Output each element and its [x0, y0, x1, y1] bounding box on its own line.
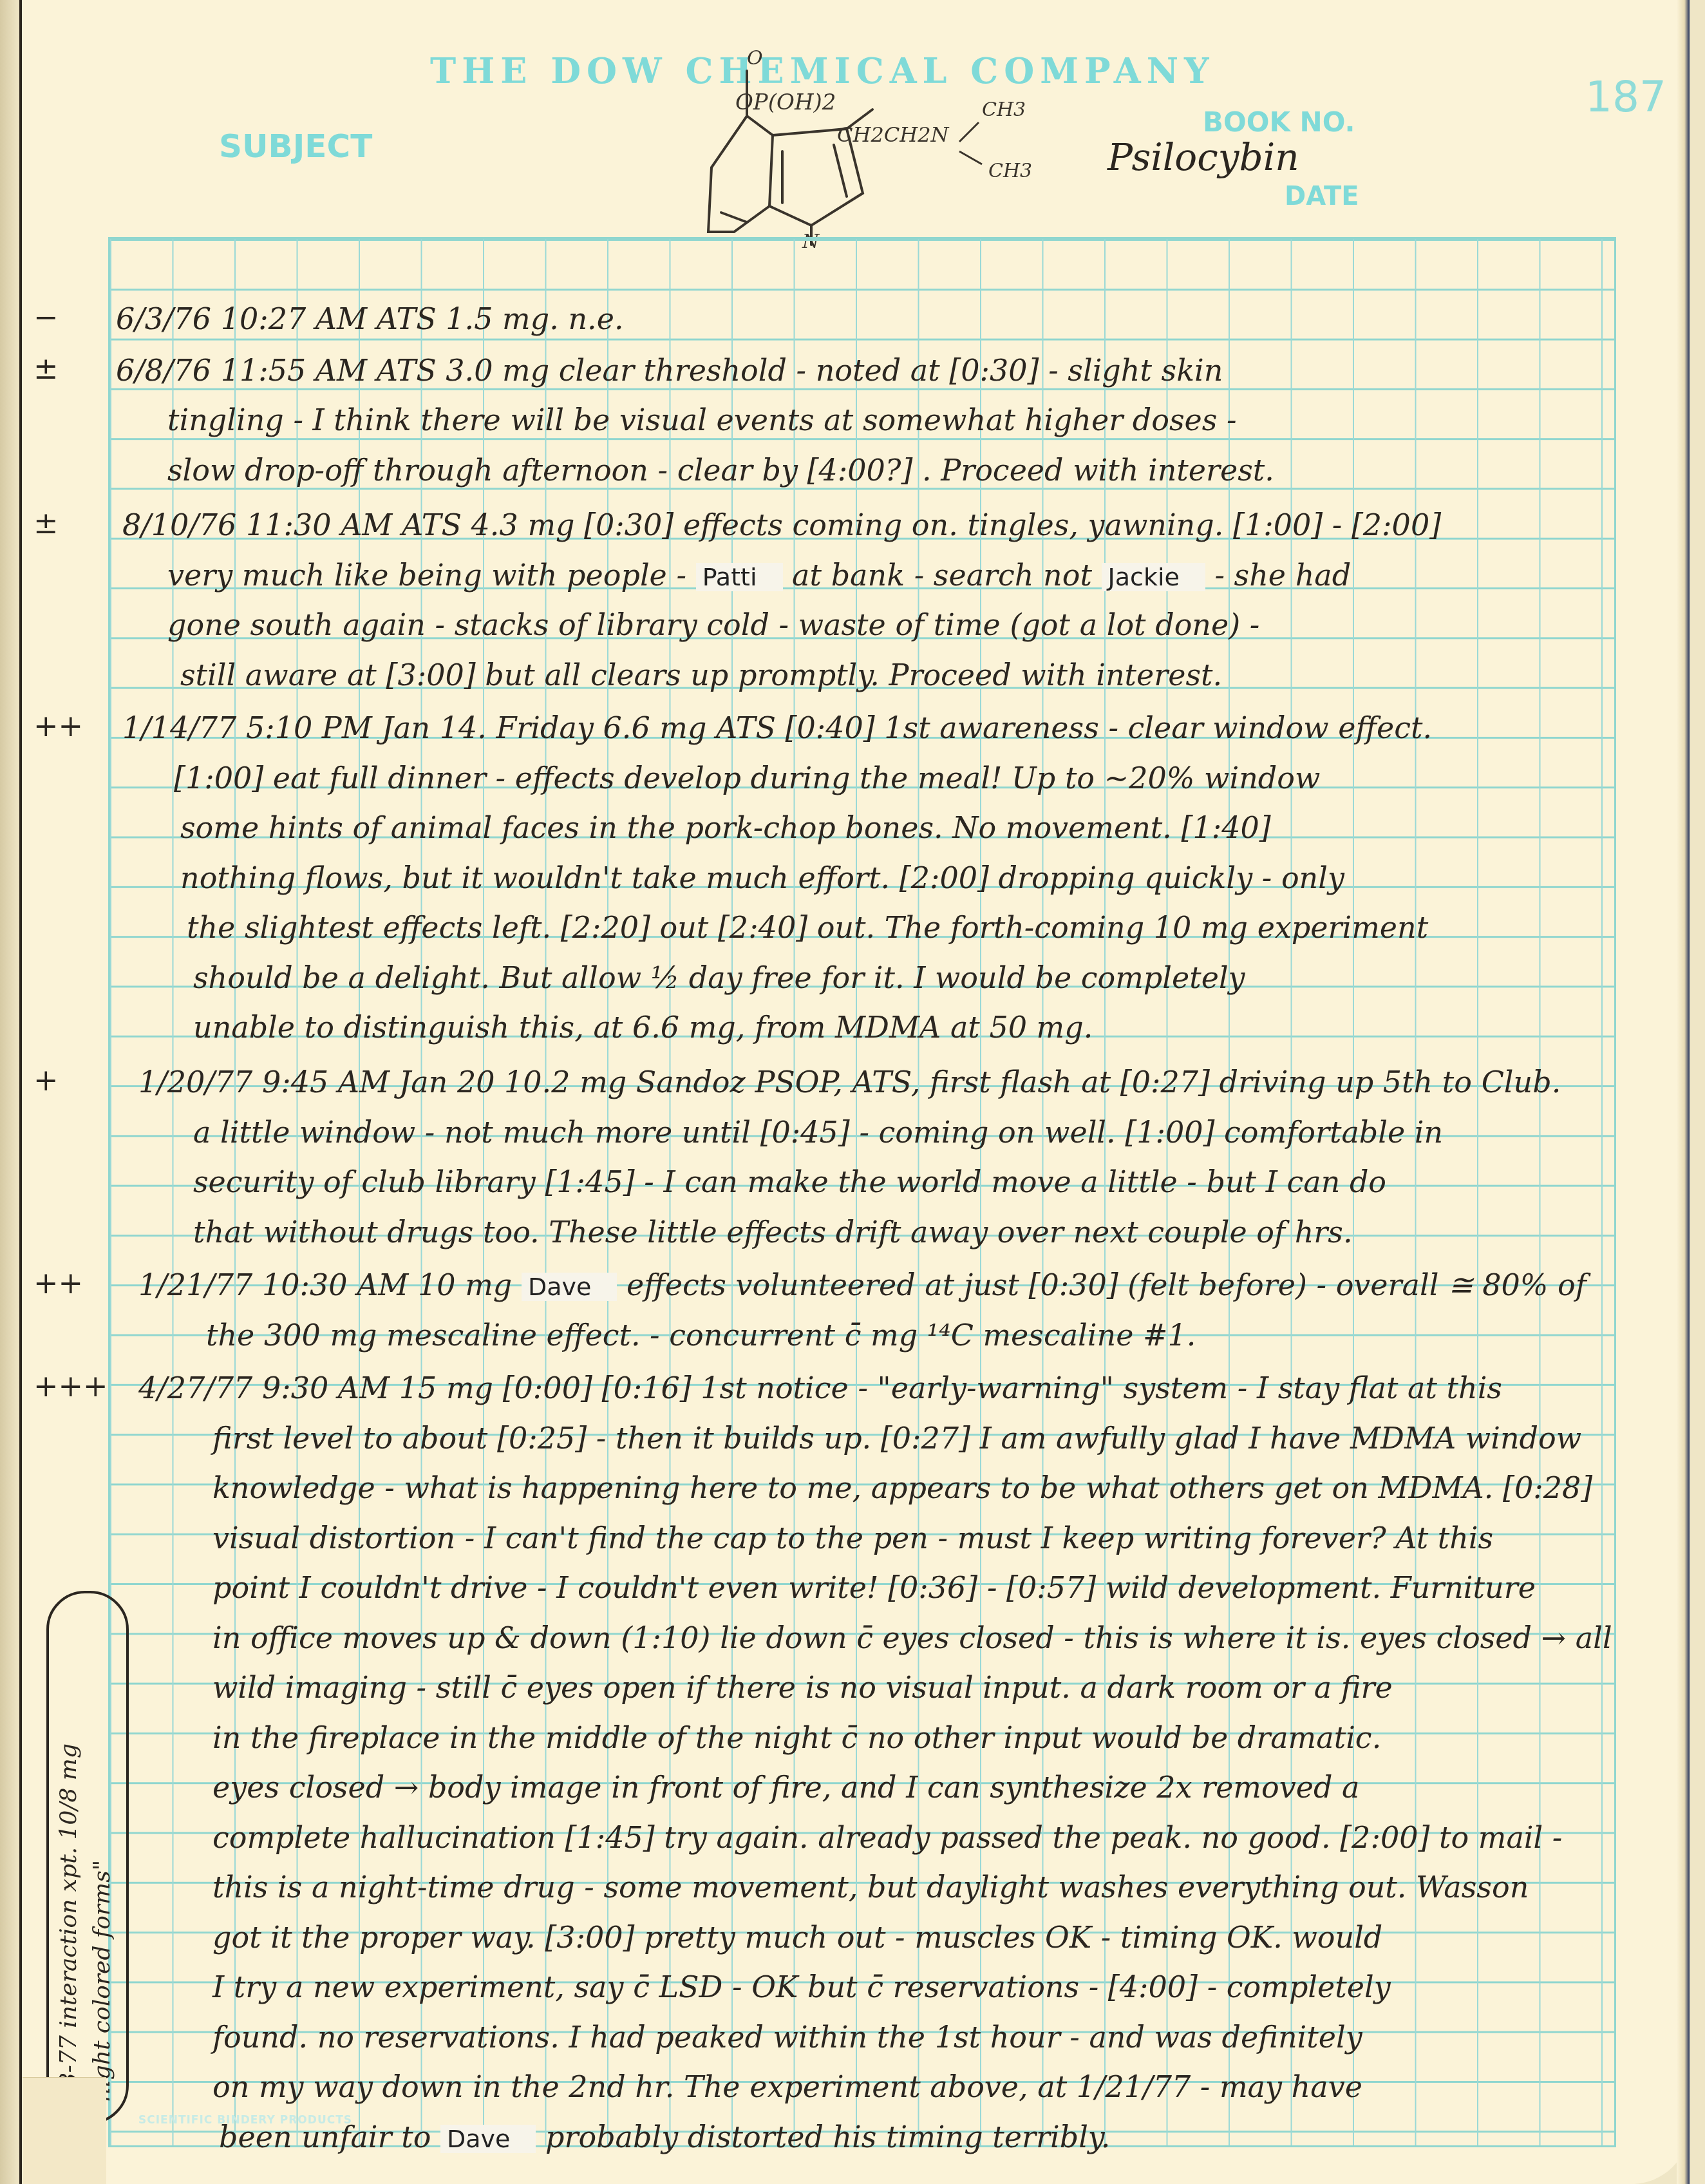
margin-note-text: 28-77 interaction xpt. 10/8 mg night col… — [52, 1613, 123, 2102]
entry-line: unable to distinguish this, at 6.6 mg, f… — [193, 1008, 1093, 1047]
redacted-name-label: Dave — [440, 2125, 536, 2153]
entry-line: 1/21/77 10:30 AM 10 mg Dave effects volu… — [138, 1266, 1587, 1306]
date-label: DATE — [1285, 182, 1359, 211]
methyl-label-2: CH3 — [988, 160, 1032, 182]
entry-line: 8/10/76 11:30 AM ATS 4.3 mg [0:30] effec… — [122, 506, 1441, 544]
margin-note-line: night colored forms" — [86, 1613, 119, 2102]
page-number: 187 — [1585, 72, 1666, 122]
entry-rating: − — [33, 299, 59, 334]
page-corner-tab — [23, 2077, 106, 2184]
side-chain-label: CH2CH2N — [837, 122, 950, 147]
entry-line: nothing flows, but it wouldn't take much… — [180, 859, 1344, 897]
margin-note-bubble: 28-77 interaction xpt. 10/8 mg night col… — [46, 1591, 129, 2124]
entry-rating: + — [33, 1063, 59, 1097]
entry-line: wild imaging - still c̄ eyes open if the… — [212, 1668, 1393, 1707]
entry-line: [1:00] eat full dinner - effects develop… — [174, 759, 1320, 797]
line-text: effects volunteered at just [0:30] (felt… — [617, 1268, 1586, 1302]
entry-line: 1/14/77 5:10 PM Jan 14. Friday 6.6 mg AT… — [122, 708, 1432, 747]
entry-rating: ± — [33, 351, 59, 386]
redacted-name-label: Dave — [522, 1273, 617, 1301]
entry-line: 6/3/76 10:27 AM ATS 1.5 mg. n.e. — [116, 299, 624, 338]
entry-line: visual distortion - I can't find the cap… — [212, 1519, 1493, 1557]
entry-line: some hints of animal faces in the pork-c… — [180, 808, 1271, 847]
entry-line: that without drugs too. These little eff… — [193, 1213, 1353, 1251]
redacted-name-label: Jackie — [1102, 563, 1205, 591]
binding-shadow — [0, 0, 19, 2184]
line-text: probably distorted his timing terribly. — [536, 2120, 1110, 2154]
entry-line: in office moves up & down (1:10) lie dow… — [212, 1619, 1612, 1657]
entry-line: 1/20/77 9:45 AM Jan 20 10.2 mg Sandoz PS… — [138, 1063, 1561, 1101]
entry-line: knowledge - what is happening here to me… — [212, 1468, 1592, 1507]
entry-line: I try a new experiment, say c̄ LSD - OK … — [212, 1968, 1391, 2006]
entry-line: a little window - not much more until [0… — [193, 1113, 1443, 1152]
entry-line: this is a night-time drug - some movemen… — [212, 1868, 1529, 1906]
entry-line: found. no reservations. I had peaked wit… — [212, 2018, 1362, 2056]
entry-rating: +++ — [33, 1369, 108, 1403]
entry-line: been unfair to Dave probably distorted h… — [219, 2118, 1110, 2158]
entry-line: 6/8/76 11:55 AM ATS 3.0 mg clear thresho… — [116, 351, 1223, 390]
line-text: very much like being with people - — [167, 558, 696, 593]
entry-rating: ++ — [33, 708, 83, 743]
margin-note-line: 28-77 interaction xpt. 10/8 mg — [52, 1613, 86, 2102]
entry-line: the 300 mg mescaline effect. - concurren… — [206, 1316, 1196, 1354]
entry-rating: ± — [33, 506, 59, 540]
redacted-name-label: Patti — [696, 563, 783, 591]
entry-line: first level to about [0:25] - then it bu… — [212, 1419, 1581, 1458]
line-text: at bank - search not — [783, 558, 1102, 593]
entry-line: security of club library [1:45] - I can … — [193, 1163, 1386, 1201]
entry-rating: ++ — [33, 1266, 83, 1300]
entry-line: should be a delight. But allow ½ day fre… — [193, 958, 1245, 997]
entry-line: gone south again - stacks of library col… — [167, 605, 1259, 644]
book-number-label: BOOK NO. — [1203, 106, 1355, 138]
entry-line: still aware at [3:00] but all clears up … — [180, 656, 1222, 694]
entry-line: point I couldn't drive - I couldn't even… — [212, 1568, 1536, 1607]
chemical-structure-drawing: OP(OH)2 O CH2CH2N CH3 CH3 N — [625, 39, 1037, 251]
line-text: - she had — [1205, 558, 1351, 593]
entry-line: very much like being with people - Patti… — [167, 556, 1351, 596]
entry-line: on my way down in the 2nd hr. The experi… — [212, 2067, 1362, 2106]
entry-line: in the fireplace in the middle of the ni… — [212, 1718, 1381, 1757]
methyl-label-1: CH3 — [982, 99, 1026, 121]
entry-line: slow drop-off through afternoon - clear … — [167, 451, 1274, 489]
phosphate-label: OP(OH)2 — [735, 90, 836, 115]
page-edge — [1677, 0, 1690, 2184]
line-text: 1/21/77 10:30 AM 10 mg — [138, 1268, 522, 1302]
line-text: been unfair to — [219, 2120, 440, 2154]
entry-line: eyes closed → body image in front of fir… — [212, 1768, 1359, 1807]
entry-line: complete hallucination [1:45] try again.… — [212, 1818, 1562, 1857]
entry-line: 4/27/77 9:30 AM 15 mg [0:00] [0:16] 1st … — [138, 1369, 1502, 1407]
subject-handwritten: Psilocybin — [1107, 135, 1299, 179]
oxygen-label: O — [747, 47, 763, 70]
subject-label: SUBJECT — [219, 128, 372, 165]
entry-line: tingling - I think there will be visual … — [167, 401, 1237, 439]
entry-line: the slightest effects left. [2:20] out [… — [187, 908, 1428, 947]
entry-line: got it the proper way. [3:00] pretty muc… — [212, 1918, 1382, 1957]
